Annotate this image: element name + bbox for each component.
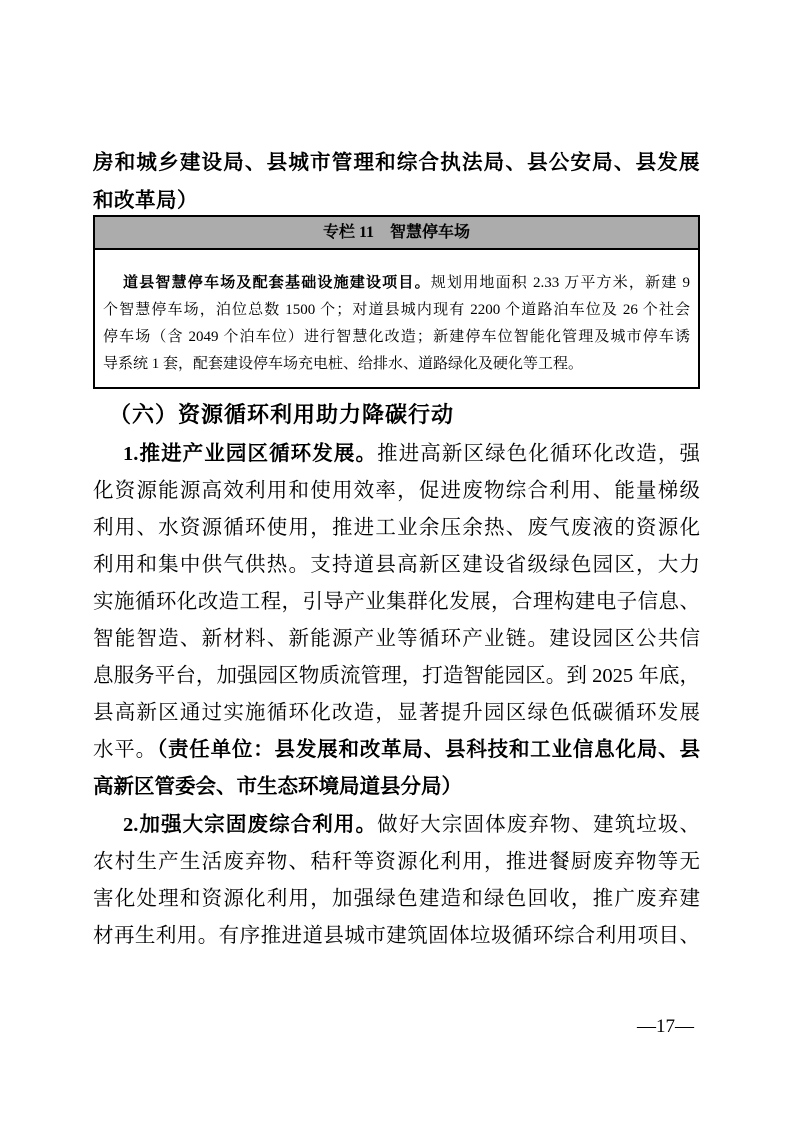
text-line: 停车场（含 2049 个泊车位）进行智慧化改造；新建停车位智能化管理及城市停车诱 [103, 324, 690, 351]
text-line: 2.加强大宗固废综合利用。做好大宗固体废弃物、建筑垃圾、 [93, 807, 700, 844]
text-line: 道县智慧停车场及配套基础设施建设项目。规划用地面积 2.33 万平方米，新建 9 [103, 270, 690, 297]
text-line: 实施循环化改造工程，引导产业集群化发展，合理构建电子信息、 [93, 584, 700, 621]
text-line: 息服务平台，加强园区物质流管理，打造智能园区。到 2025 年底， [93, 658, 700, 695]
text-line: 1.推进产业园区循环发展。推进高新区绿色化循环化改造，强 [93, 436, 700, 473]
text-segment: 农村生产生活废弃物、秸秆等资源化利用，推进餐厨废弃物等无 [93, 851, 700, 873]
text-line: 房和城乡建设局、县城市管理和综合执法局、县公安局、县发展 [93, 144, 700, 182]
bold-text-segment: （责任单位：县发展和改革局、县科技和工业信息化局、县 [157, 739, 700, 761]
text-segment: 做好大宗固体废弃物、建筑垃圾、 [377, 814, 700, 836]
paragraph-1: 1.推进产业园区循环发展。推进高新区绿色化循环化改造，强化资源能源高效利用和使用… [93, 436, 700, 806]
text-segment: 停车场（含 2049 个泊车位）进行智慧化改造；新建停车位智能化管理及城市停车诱 [103, 329, 690, 345]
text-segment: 化资源能源高效利用和使用效率，促进废物综合利用、能量梯级 [93, 480, 700, 502]
text-line: 高新区管委会、市生态环境局道县分局） [93, 769, 700, 806]
text-segment: 导系统 1 套，配套建设停车场充电桩、给排水、道路绿化及硬化等工程。 [103, 356, 583, 372]
text-segment: 水平。 [93, 739, 157, 761]
text-line: 农村生产生活废弃物、秸秆等资源化利用，推进餐厨废弃物等无 [93, 844, 700, 881]
text-line: 县高新区通过实施循环化改造，显著提升园区绿色低碳循环发展 [93, 695, 700, 732]
text-line: 化资源能源高效利用和使用效率，促进废物综合利用、能量梯级 [93, 473, 700, 510]
bold-text-segment: 2.加强大宗固废综合利用。 [123, 814, 377, 836]
text-segment: 害化处理和资源化利用，加强绿色建造和绿色回收，推广废弃建 [93, 888, 700, 910]
text-line: 材再生利用。有序推进道县城市建筑固体垃圾循环综合利用项目、 [93, 918, 700, 955]
callout-box-header: 专栏 11 智慧停车场 [95, 217, 698, 250]
text-segment: 智能智造、新材料、新能源产业等循环产业链。建设园区公共信 [93, 628, 700, 650]
text-segment: 个智慧停车场，泊位总数 1500 个；对道县城内现有 2200 个道路泊车位及 … [103, 302, 690, 318]
callout-box-body: 道县智慧停车场及配套基础设施建设项目。规划用地面积 2.33 万平方米，新建 9… [95, 250, 698, 387]
text-line: 智能智造、新材料、新能源产业等循环产业链。建设园区公共信 [93, 621, 700, 658]
text-line: 利用、水资源循环使用，推进工业余压余热、废气废液的资源化 [93, 510, 700, 547]
text-segment: 实施循环化改造工程，引导产业集群化发展，合理构建电子信息、 [93, 591, 700, 613]
bold-text-segment: 1.推进产业园区循环发展。 [123, 443, 377, 465]
text-line: 利用和集中供气供热。支持道县高新区建设省级绿色园区，大力 [93, 547, 700, 584]
bold-text-segment: 高新区管委会、市生态环境局道县分局） [93, 776, 462, 798]
page-number: —17— [637, 1016, 694, 1038]
text-segment: 县高新区通过实施循环化改造，显著提升园区绿色低碳循环发展 [93, 702, 700, 724]
intro-paragraph: 房和城乡建设局、县城市管理和综合执法局、县公安局、县发展和改革局） [93, 144, 700, 220]
text-segment: 利用和集中供气供热。支持道县高新区建设省级绿色园区，大力 [93, 554, 700, 576]
text-segment: 规划用地面积 2.33 万平方米，新建 9 [431, 275, 690, 291]
callout-box: 专栏 11 智慧停车场 道县智慧停车场及配套基础设施建设项目。规划用地面积 2.… [93, 215, 700, 389]
text-line: 导系统 1 套，配套建设停车场充电桩、给排水、道路绿化及硬化等工程。 [103, 351, 690, 378]
bold-text-segment: 房和城乡建设局、县城市管理和综合执法局、县公安局、县发展 [93, 152, 700, 174]
text-segment: 利用、水资源循环使用，推进工业余压余热、废气废液的资源化 [93, 517, 700, 539]
text-segment: 材再生利用。有序推进道县城市建筑固体垃圾循环综合利用项目、 [93, 925, 700, 947]
text-segment: 推进高新区绿色化循环化改造，强 [377, 443, 700, 465]
paragraph-2: 2.加强大宗固废综合利用。做好大宗固体废弃物、建筑垃圾、农村生产生活废弃物、秸秆… [93, 807, 700, 955]
bold-text-segment: 道县智慧停车场及配套基础设施建设项目。 [123, 275, 431, 291]
section-heading: （六）资源循环利用助力降碳行动 [93, 398, 716, 432]
document-page: 房和城乡建设局、县城市管理和综合执法局、县公安局、县发展和改革局） 专栏 11 … [0, 0, 793, 1122]
text-line: 水平。（责任单位：县发展和改革局、县科技和工业信息化局、县 [93, 732, 700, 769]
text-line: 害化处理和资源化利用，加强绿色建造和绿色回收，推广废弃建 [93, 881, 700, 918]
text-segment: 息服务平台，加强园区物质流管理，打造智能园区。到 2025 年底， [93, 665, 700, 687]
bold-text-segment: 和改革局） [93, 190, 198, 212]
text-line: 个智慧停车场，泊位总数 1500 个；对道县城内现有 2200 个道路泊车位及 … [103, 297, 690, 324]
